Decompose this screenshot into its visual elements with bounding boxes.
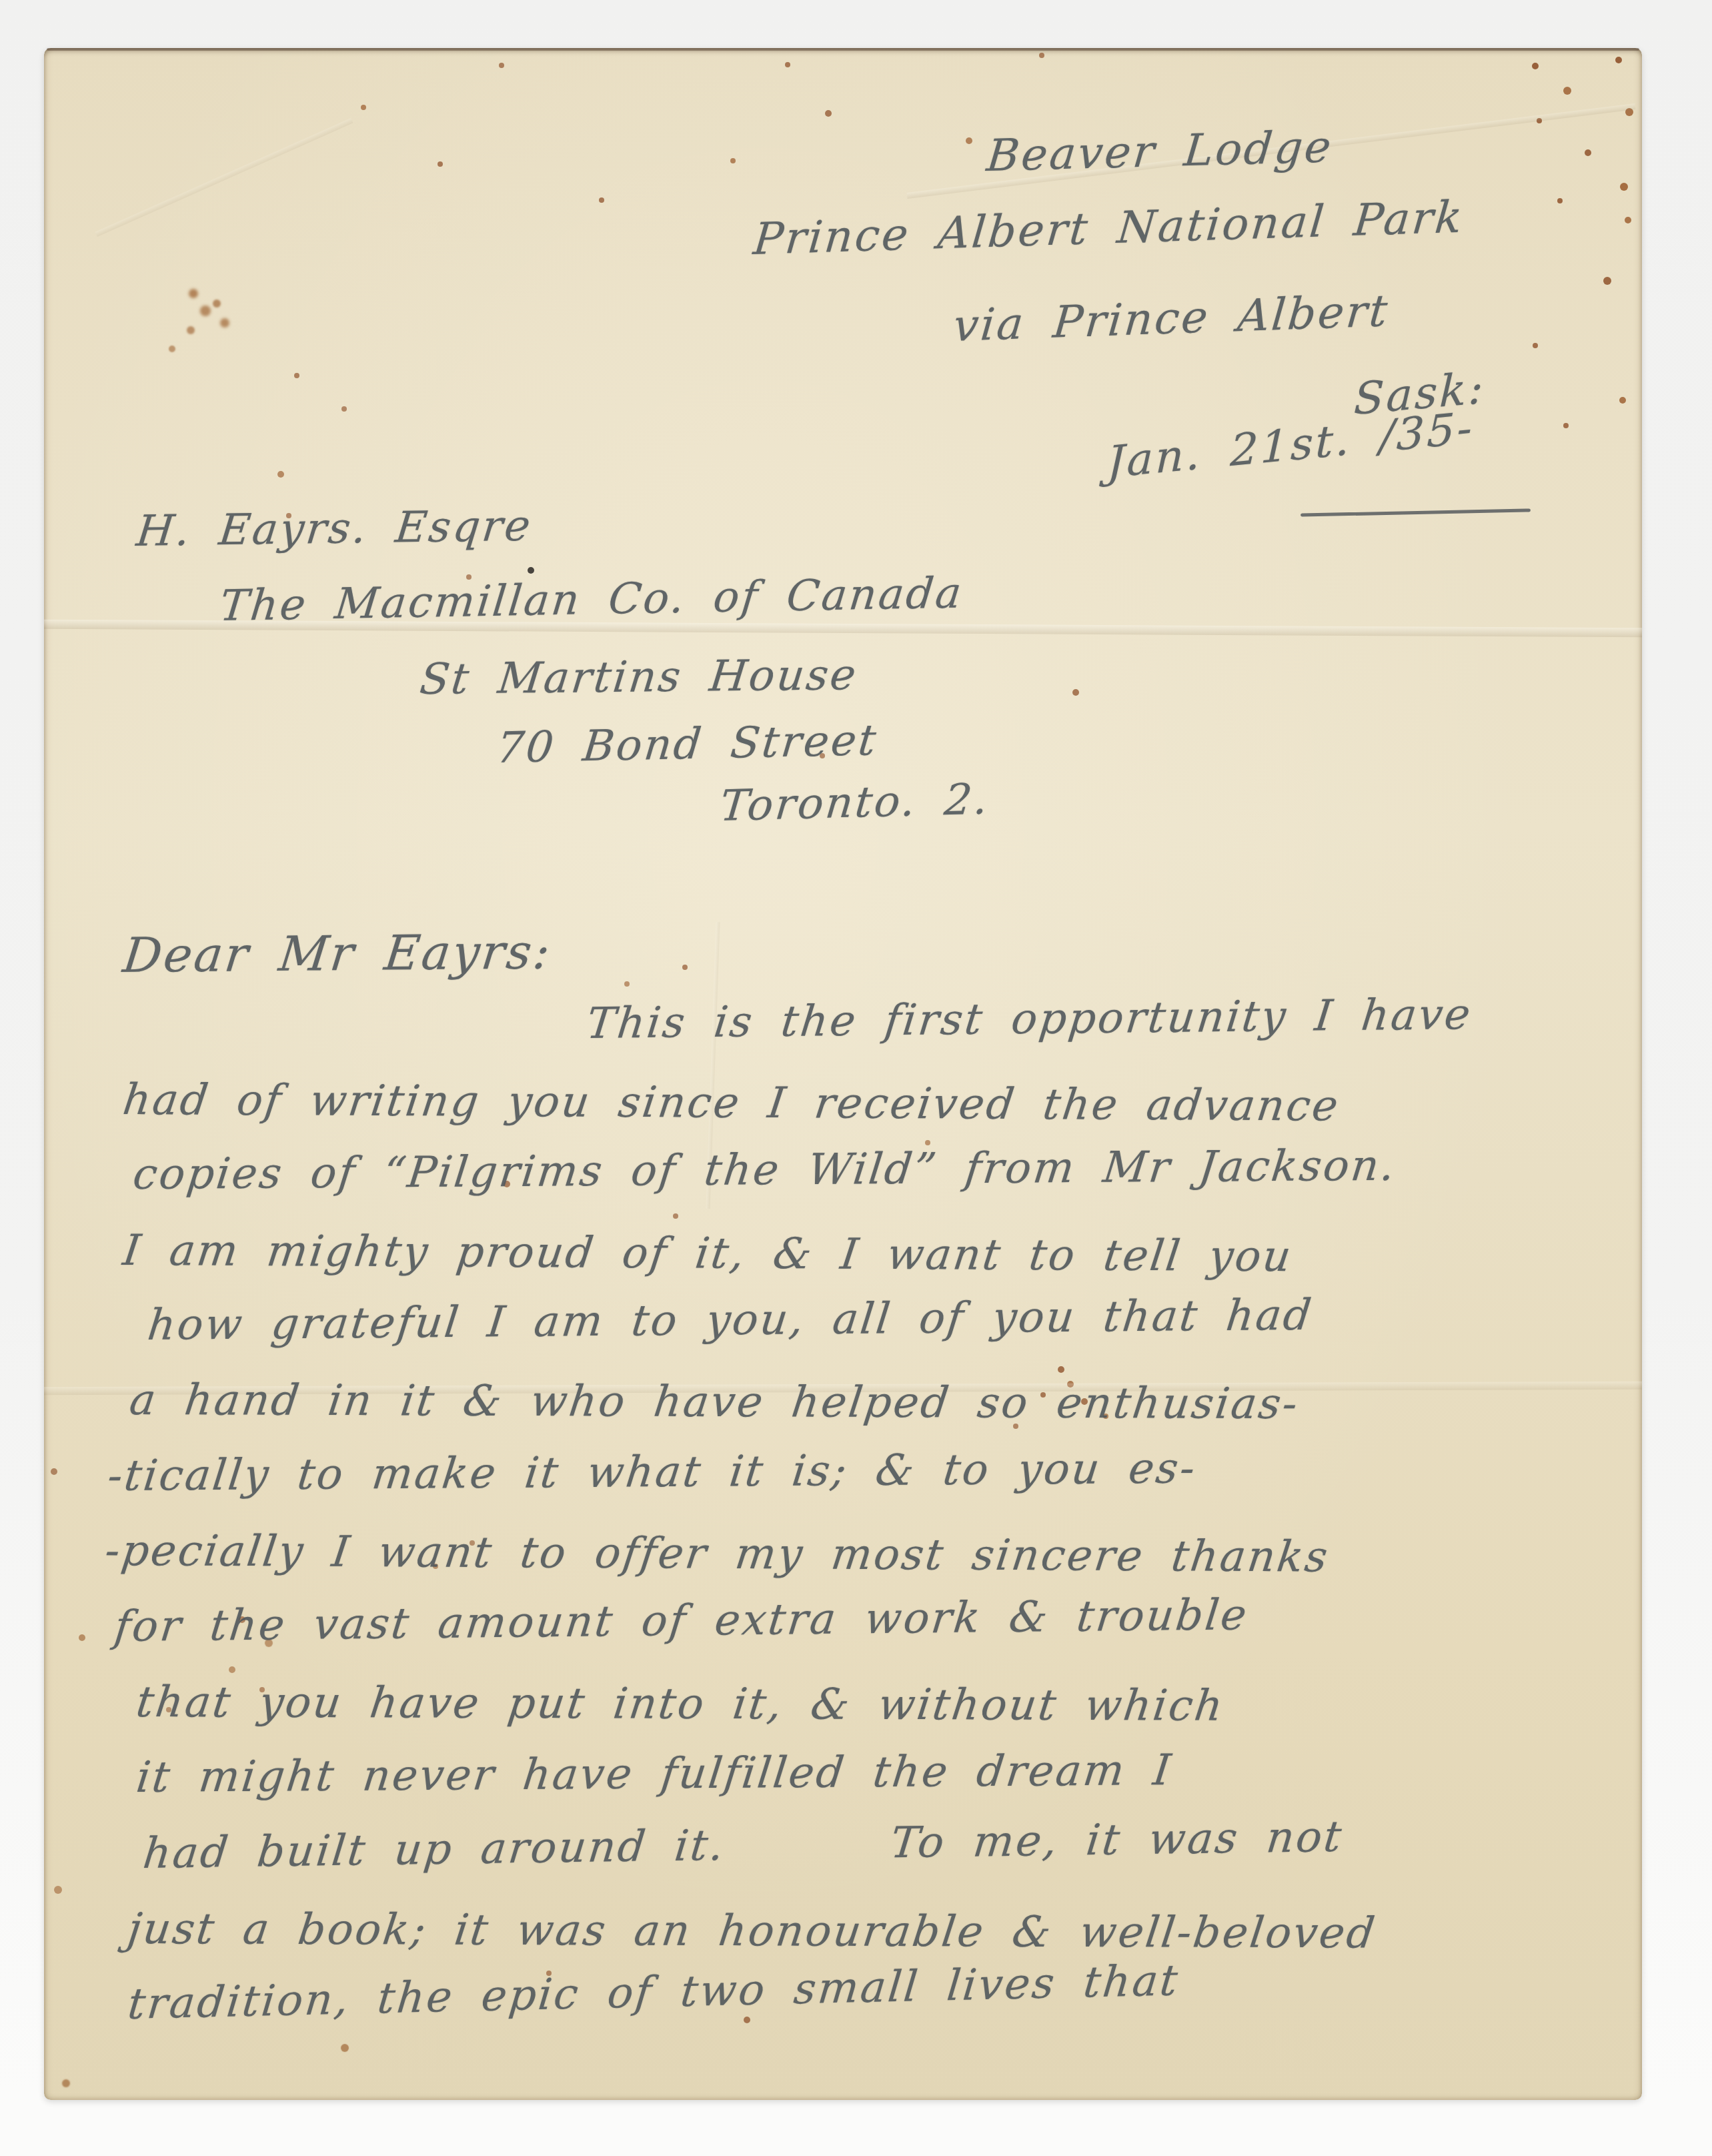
body-line: that you have put into it, & without whi… — [133, 1678, 1227, 1731]
address-line: Toronto. 2. — [718, 774, 992, 831]
body-line: for the vast amount of extra work & trou… — [112, 1590, 1251, 1652]
address-line: 70 Bond Street — [494, 716, 880, 773]
body-line: I am mighty proud of it, & I want to tel… — [120, 1226, 1295, 1281]
letter-page: Beaver Lodge Prince Albert National Park… — [44, 48, 1642, 2100]
body-line: copies of “Pilgrims of the Wild” from Mr… — [131, 1141, 1399, 1199]
body-line: This is the first opportunity I have — [584, 990, 1475, 1049]
heading-line: Prince Albert National Park — [751, 191, 1466, 265]
salutation: Dear Mr Eayrs: — [120, 923, 555, 983]
body-line: tradition, the epic of two small lives t… — [125, 1956, 1181, 2029]
body-line: had built up around it. To me, it was no… — [141, 1812, 1346, 1878]
address-line: The Macmillan Co. of Canada — [217, 569, 966, 631]
scan-background: Beaver Lodge Prince Albert National Park… — [0, 0, 1712, 2156]
corner-crease-left — [95, 118, 353, 237]
address-line: St Martins House — [417, 650, 860, 704]
foxing-spots — [0, 0, 4, 4]
heading-line: Beaver Lodge — [984, 121, 1335, 181]
heading-line: via Prince Albert — [952, 285, 1392, 352]
body-line: a hand in it & who have helped so enthus… — [127, 1376, 1302, 1429]
body-line: -tically to make it what it is; & to you… — [105, 1444, 1200, 1501]
body-line: it might never have fulfilled the dream … — [134, 1746, 1175, 1802]
address-line: H. Eayrs. Esqre — [134, 502, 535, 556]
body-line: had of writing you since I received the … — [120, 1075, 1343, 1131]
date-underline — [1301, 508, 1531, 516]
date-line: Jan. 21st. /35- — [1106, 402, 1475, 488]
body-line: how grateful I am to you, all of you tha… — [145, 1291, 1316, 1350]
body-line: -pecially I want to offer my most sincer… — [102, 1526, 1332, 1582]
body-line: just a book; it was an honourable & well… — [125, 1905, 1379, 1959]
